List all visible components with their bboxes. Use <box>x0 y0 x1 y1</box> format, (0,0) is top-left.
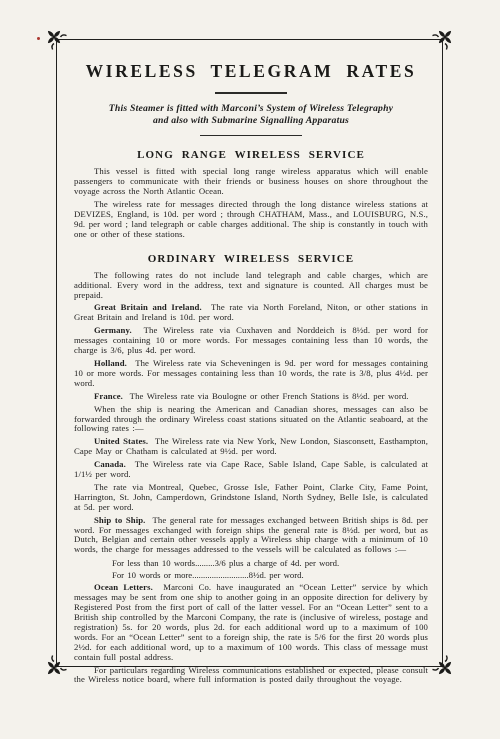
paragraph-lead: Germany. <box>94 325 144 335</box>
paragraph-text: This vessel is fitted with special long … <box>74 166 428 196</box>
corner-ornament-icon <box>430 653 456 679</box>
paragraph: France.The Wireless rate via Boulogne or… <box>74 392 428 402</box>
paragraph: Canada.The Wireless rate via Cape Race, … <box>74 460 428 480</box>
subtitle-line: This Steamer is fitted with Marconi’s Sy… <box>74 103 428 115</box>
rate-line: For 10 words or more....................… <box>74 570 428 581</box>
divider <box>200 135 302 137</box>
paragraph-lead: Ocean Letters. <box>94 582 163 592</box>
paragraph: The wireless rate for messages directed … <box>74 200 428 240</box>
paragraph-lead: United States. <box>94 436 155 446</box>
paragraph-text: The Wireless rate via Boulogne or other … <box>130 391 409 401</box>
paragraph-text: Marconi Co. have inaugurated an “Ocean L… <box>74 582 428 661</box>
divider <box>215 92 287 94</box>
paragraph: Ocean Letters.Marconi Co. have inaugurat… <box>74 583 428 662</box>
rate-line: For less than 10 words.........3/6 plus … <box>74 558 428 569</box>
paragraph-lead: France. <box>94 391 130 401</box>
paragraph: For particulars regarding Wireless commu… <box>74 666 428 686</box>
paragraph-lead: Great Britain and Ireland. <box>94 302 211 312</box>
section-heading-long-range: LONG RANGE WIRELESS SERVICE <box>74 149 428 161</box>
subtitle: This Steamer is fitted with Marconi’s Sy… <box>74 103 428 127</box>
paragraph-text: For particulars regarding Wireless commu… <box>74 665 428 685</box>
document-page: WIRELESS TELEGRAM RATES This Steamer is … <box>0 0 500 739</box>
corner-ornament-icon <box>43 26 69 52</box>
page-title: WIRELESS TELEGRAM RATES <box>74 61 428 82</box>
corner-ornament-icon <box>430 26 456 52</box>
section-heading-ordinary: ORDINARY WIRELESS SERVICE <box>74 253 428 265</box>
paragraph-text: The wireless rate for messages directed … <box>74 199 428 239</box>
paragraph: Germany.The Wireless rate via Cuxhaven a… <box>74 326 428 356</box>
paragraph: The rate via Montreal, Quebec, Grosse Is… <box>74 483 428 513</box>
ink-speck <box>37 37 40 40</box>
paragraph: United States.The Wireless rate via New … <box>74 437 428 457</box>
paragraph: When the ship is nearing the American an… <box>74 405 428 435</box>
corner-ornament-icon <box>43 653 69 679</box>
page-content: WIRELESS TELEGRAM RATES This Steamer is … <box>74 39 428 688</box>
paragraph-text: The rate via Montreal, Quebec, Grosse Is… <box>74 482 428 512</box>
paragraph-lead: Ship to Ship. <box>94 515 153 525</box>
paragraph: Great Britain and Ireland.The rate via N… <box>74 303 428 323</box>
paragraph: The following rates do not include land … <box>74 271 428 301</box>
paragraph-text: The following rates do not include land … <box>74 270 428 300</box>
paragraph-lead: Holland. <box>94 358 135 368</box>
subtitle-line: and also with Submarine Signalling Appar… <box>74 115 428 127</box>
paragraph-text: When the ship is nearing the American an… <box>74 404 428 434</box>
paragraph: This vessel is fitted with special long … <box>74 167 428 197</box>
paragraph: Ship to Ship.The general rate for messag… <box>74 516 428 556</box>
paragraph: Holland.The Wireless rate via Schevening… <box>74 359 428 389</box>
paragraph-lead: Canada. <box>94 459 135 469</box>
